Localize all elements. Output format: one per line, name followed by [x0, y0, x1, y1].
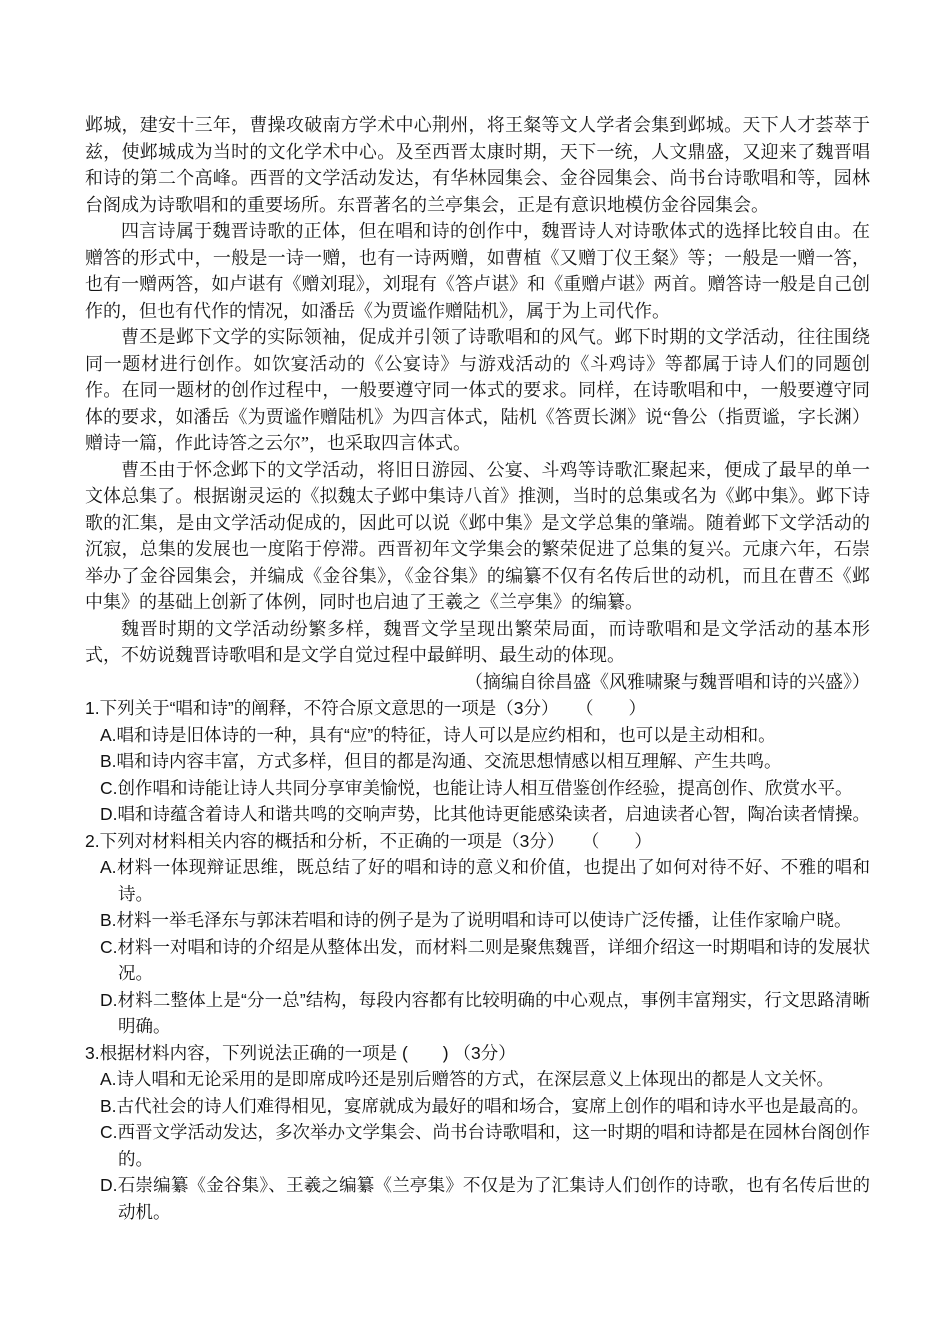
reading-passage: 邺城，建安十三年，曹操攻破南方学术中心荆州，将王粲等文人学者会集到邺城。天下人才… [85, 112, 870, 695]
question-1-option-a: A.唱和诗是旧体诗的一种，具有“应”的特征，诗人可以是应约相和，也可以是主动相和… [100, 722, 870, 749]
passage-paragraph: 魏晋时期的文学活动纷繁多样，魏晋文学呈现出繁荣局面，而诗歌唱和是文学活动的基本形… [85, 616, 870, 669]
question-1-option-d: D.唱和诗蕴含着诗人和谐共鸣的交响声势，比其他诗更能感染读者，启迪读者心智，陶冶… [100, 801, 870, 828]
question-2-option-d: D.材料二整体上是“分一总”结构，每段内容都有比较明确的中心观点，事例丰富翔实，… [100, 987, 870, 1040]
passage-paragraph: 曹丕是邺下文学的实际领袖，促成并引领了诗歌唱和的风气。邺下时期的文学活动，往往围… [85, 324, 870, 457]
question-2: 2.下列对材料相关内容的概括和分析，不正确的一项是（3分） （ ） A.材料一体… [85, 828, 870, 1040]
question-3-stem: 3.根据材料内容，下列说法正确的一项是 ( ) （3分） [85, 1040, 870, 1067]
exam-page: 邺城，建安十三年，曹操攻破南方学术中心荆州，将王粲等文人学者会集到邺城。天下人才… [0, 0, 950, 1344]
question-1: 1.下列关于“唱和诗”的阐释，不符合原文意思的一项是（3分） （ ） A.唱和诗… [85, 695, 870, 828]
passage-paragraph: 邺城，建安十三年，曹操攻破南方学术中心荆州，将王粲等文人学者会集到邺城。天下人才… [85, 112, 870, 218]
question-1-option-c: C.创作唱和诗能让诗人共同分享审美愉悦，也能让诗人相互借鉴创作经验，提高创作、欣… [100, 775, 870, 802]
passage-paragraph: 四言诗属于魏晋诗歌的正体，但在唱和诗的创作中，魏晋诗人对诗歌体式的选择比较自由。… [85, 218, 870, 324]
passage-attribution: （摘编自徐昌盛《风雅啸聚与魏晋唱和诗的兴盛》） [85, 669, 870, 696]
question-1-stem: 1.下列关于“唱和诗”的阐释，不符合原文意思的一项是（3分） （ ） [85, 695, 870, 722]
question-section: 1.下列关于“唱和诗”的阐释，不符合原文意思的一项是（3分） （ ） A.唱和诗… [85, 695, 870, 1225]
question-3-option-a: A.诗人唱和无论采用的是即席成吟还是别后赠答的方式，在深层意义上体现出的都是人文… [100, 1066, 870, 1093]
question-3-option-d: D.石崇编纂《金谷集》、王羲之编纂《兰亭集》不仅是为了汇集诗人们创作的诗歌，也有… [100, 1172, 870, 1225]
question-2-stem: 2.下列对材料相关内容的概括和分析，不正确的一项是（3分） （ ） [85, 828, 870, 855]
question-2-option-c: C.材料一对唱和诗的介绍是从整体出发，而材料二则是聚焦魏晋，详细介绍这一时期唱和… [100, 934, 870, 987]
question-2-option-b: B.材料一举毛泽东与郭沫若唱和诗的例子是为了说明唱和诗可以使诗广泛传播，让佳作家… [100, 907, 870, 934]
passage-paragraph: 曹丕由于怀念邺下的文学活动，将旧日游园、公宴、斗鸡等诗歌汇聚起来，便成了最早的单… [85, 457, 870, 616]
question-3: 3.根据材料内容，下列说法正确的一项是 ( ) （3分） A.诗人唱和无论采用的… [85, 1040, 870, 1226]
question-1-option-b: B.唱和诗内容丰富，方式多样，但目的都是沟通、交流思想情感以相互理解、产生共鸣。 [100, 748, 870, 775]
question-3-option-b: B.古代社会的诗人们难得相见，宴席就成为最好的唱和场合，宴席上创作的唱和诗水平也… [100, 1093, 870, 1120]
question-2-option-a: A.材料一体现辩证思维，既总结了好的唱和诗的意义和价值，也提出了如何对待不好、不… [100, 854, 870, 907]
question-3-option-c: C.西晋文学活动发达，多次举办文学集会、尚书台诗歌唱和，这一时期的唱和诗都是在园… [100, 1119, 870, 1172]
